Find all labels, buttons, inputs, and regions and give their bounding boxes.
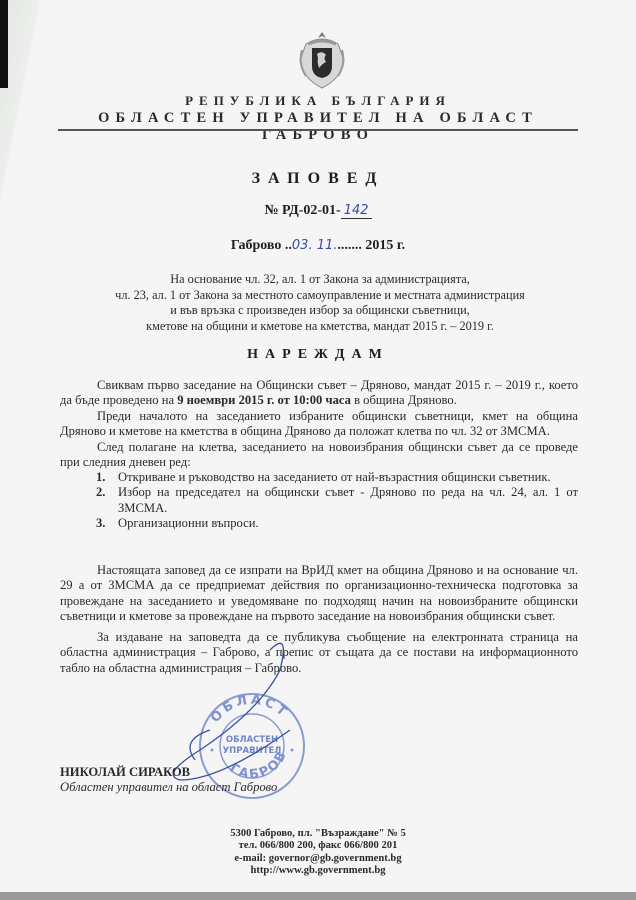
agenda-item: 1. Откриване и ръководство на заседаниет… xyxy=(96,470,578,485)
agenda-item: 3. Организационни въпроси. xyxy=(96,516,578,531)
signatory-name: НИКОЛАЙ СИРАКОВ xyxy=(60,765,190,780)
footer-contacts: 5300 Габрово, пл. "Възраждане" № 5 тел. … xyxy=(0,828,636,878)
scan-edge xyxy=(0,0,8,88)
paragraph-oath: Преди началото на заседанието избраните … xyxy=(60,409,578,440)
date-handwritten: 03. 11. xyxy=(292,238,337,253)
coat-of-arms-icon xyxy=(292,30,352,90)
paragraph-send: Настоящата заповед да се изпрати на ВрИД… xyxy=(60,563,578,625)
order-heading: НАРЕЖДАМ xyxy=(0,347,636,363)
preamble: На основание чл. 32, ал. 1 от Закона за … xyxy=(60,272,580,334)
document-date: Габрово ..03. 11........ 2015 г. xyxy=(0,238,636,254)
footer-email: e-mail: governor@gb.government.bg xyxy=(0,853,636,865)
document-number-handwritten: 142 xyxy=(341,203,372,219)
paragraph-agenda-intro: След полагане на клетва, заседанието на … xyxy=(60,440,578,471)
date-prefix: Габрово .. xyxy=(231,238,292,253)
footer-address: 5300 Габрово, пл. "Възраждане" № 5 xyxy=(0,828,636,840)
paragraph-convene: Свиквам първо заседание на Общински съве… xyxy=(60,378,578,409)
preamble-line: и във връзка с произведен избор за общин… xyxy=(60,303,580,319)
document-number: № РД-02-01-142 xyxy=(0,203,636,219)
paragraph-publish: За издаване на заповедта да се публикува… xyxy=(60,630,578,676)
preamble-line: кметове на общини и кметове на кметства,… xyxy=(60,319,580,335)
preamble-line: чл. 23, ал. 1 от Закона за местното само… xyxy=(60,288,580,304)
order-body: Свиквам първо заседание на Общински съве… xyxy=(60,378,578,470)
agenda-item: 2. Избор на председател на общински съве… xyxy=(96,485,578,516)
document-number-prefix: № РД-02-01- xyxy=(264,203,340,218)
signatory-position: Областен управител на област Габрово xyxy=(60,780,277,795)
letterhead-country: РЕПУБЛИКА БЪЛГАРИЯ xyxy=(0,93,636,109)
footer-website: http://www.gb.government.bg xyxy=(0,865,636,877)
footer-phone: тел. 066/800 200, факс 066/800 201 xyxy=(0,840,636,852)
date-suffix: ....... 2015 г. xyxy=(337,238,405,253)
preamble-line: На основание чл. 32, ал. 1 от Закона за … xyxy=(60,272,580,288)
letterhead-authority: ОБЛАСТЕН УПРАВИТЕЛ НА ОБЛАСТ ГАБРОВО xyxy=(58,110,578,144)
meeting-datetime: 9 ноември 2015 г. от 10:00 часа xyxy=(177,393,351,407)
letterhead-rule xyxy=(58,129,578,131)
scan-edge-bottom xyxy=(0,892,636,900)
agenda-list: 1. Откриване и ръководство на заседаниет… xyxy=(96,470,578,532)
document-title: ЗАПОВЕД xyxy=(0,170,636,188)
